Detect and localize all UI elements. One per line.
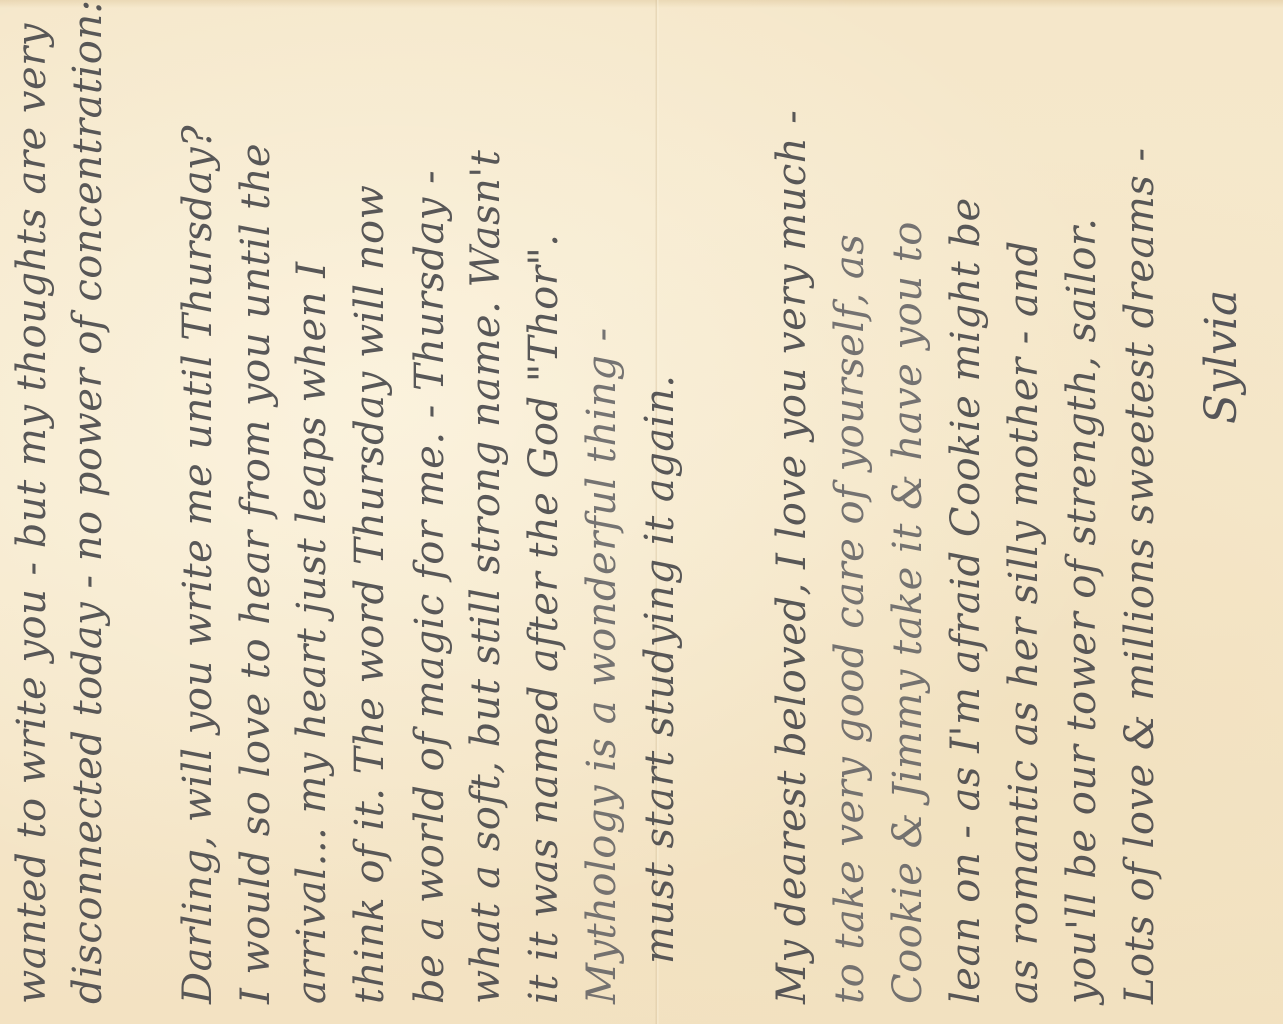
letter-line: think of it. The word Thursday will now <box>350 185 390 1004</box>
letter-line: Cookie & Jimmy take it & have you to <box>888 221 928 1004</box>
letter-line: it it was named after the God "Thor". <box>524 234 564 1005</box>
letter-line: be a world of magic for me. - Thursday - <box>410 170 450 1004</box>
letter-line: as romantic as her silly mother - and <box>1004 240 1044 1004</box>
letter-line: must start studying it again. <box>640 375 680 964</box>
letter-line: you'll be our tower of strength, sailor. <box>1062 218 1102 1004</box>
letter-line: wanted to write you - but my thoughts ar… <box>12 23 52 1004</box>
letter-line: My dearest beloved, I love you very much… <box>772 110 812 1004</box>
letter-line: I would so love to hear from you until t… <box>236 143 276 1004</box>
letter-line: Lots of love & millions sweetest dreams … <box>1120 147 1160 1004</box>
letter-line: Darling, will you write me until Thursda… <box>178 125 218 1004</box>
signature: Sylvia <box>1196 290 1247 424</box>
letter-line: disconnected today - no power of concent… <box>68 0 108 1004</box>
letter-line: lean on - as I'm afraid Cookie might be <box>946 197 986 1004</box>
letter-line: arrival... my heart just leaps when I <box>292 261 332 1004</box>
letter-line: Mythology is a wonderful thing - <box>582 327 622 1004</box>
letter-paper: wanted to write you - but my thoughts ar… <box>0 0 1283 1024</box>
letter-body: wanted to write you - but my thoughts ar… <box>0 0 1283 1024</box>
letter-line: to take very good care of yourself, as <box>830 234 870 1004</box>
letter-line: what a soft, but still strong name. Wasn… <box>466 150 506 1004</box>
